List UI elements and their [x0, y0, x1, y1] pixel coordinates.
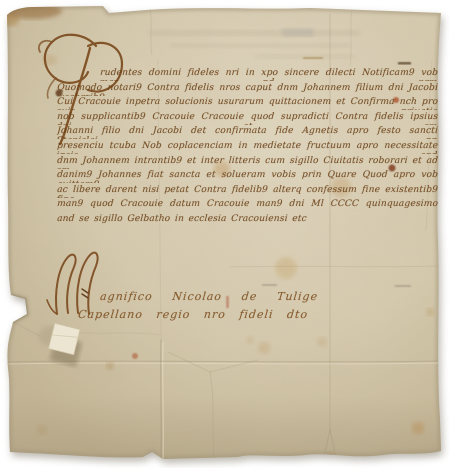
paper-sheet-graphic: P M	[0, 0, 450, 468]
red-mark	[226, 296, 229, 308]
manuscript-photo: P M rudentes domini fideles	[0, 0, 450, 468]
ink-dash-mark	[398, 62, 411, 65]
paper-sheet: P M	[0, 0, 450, 468]
ink-bleedthrough	[150, 30, 360, 36]
